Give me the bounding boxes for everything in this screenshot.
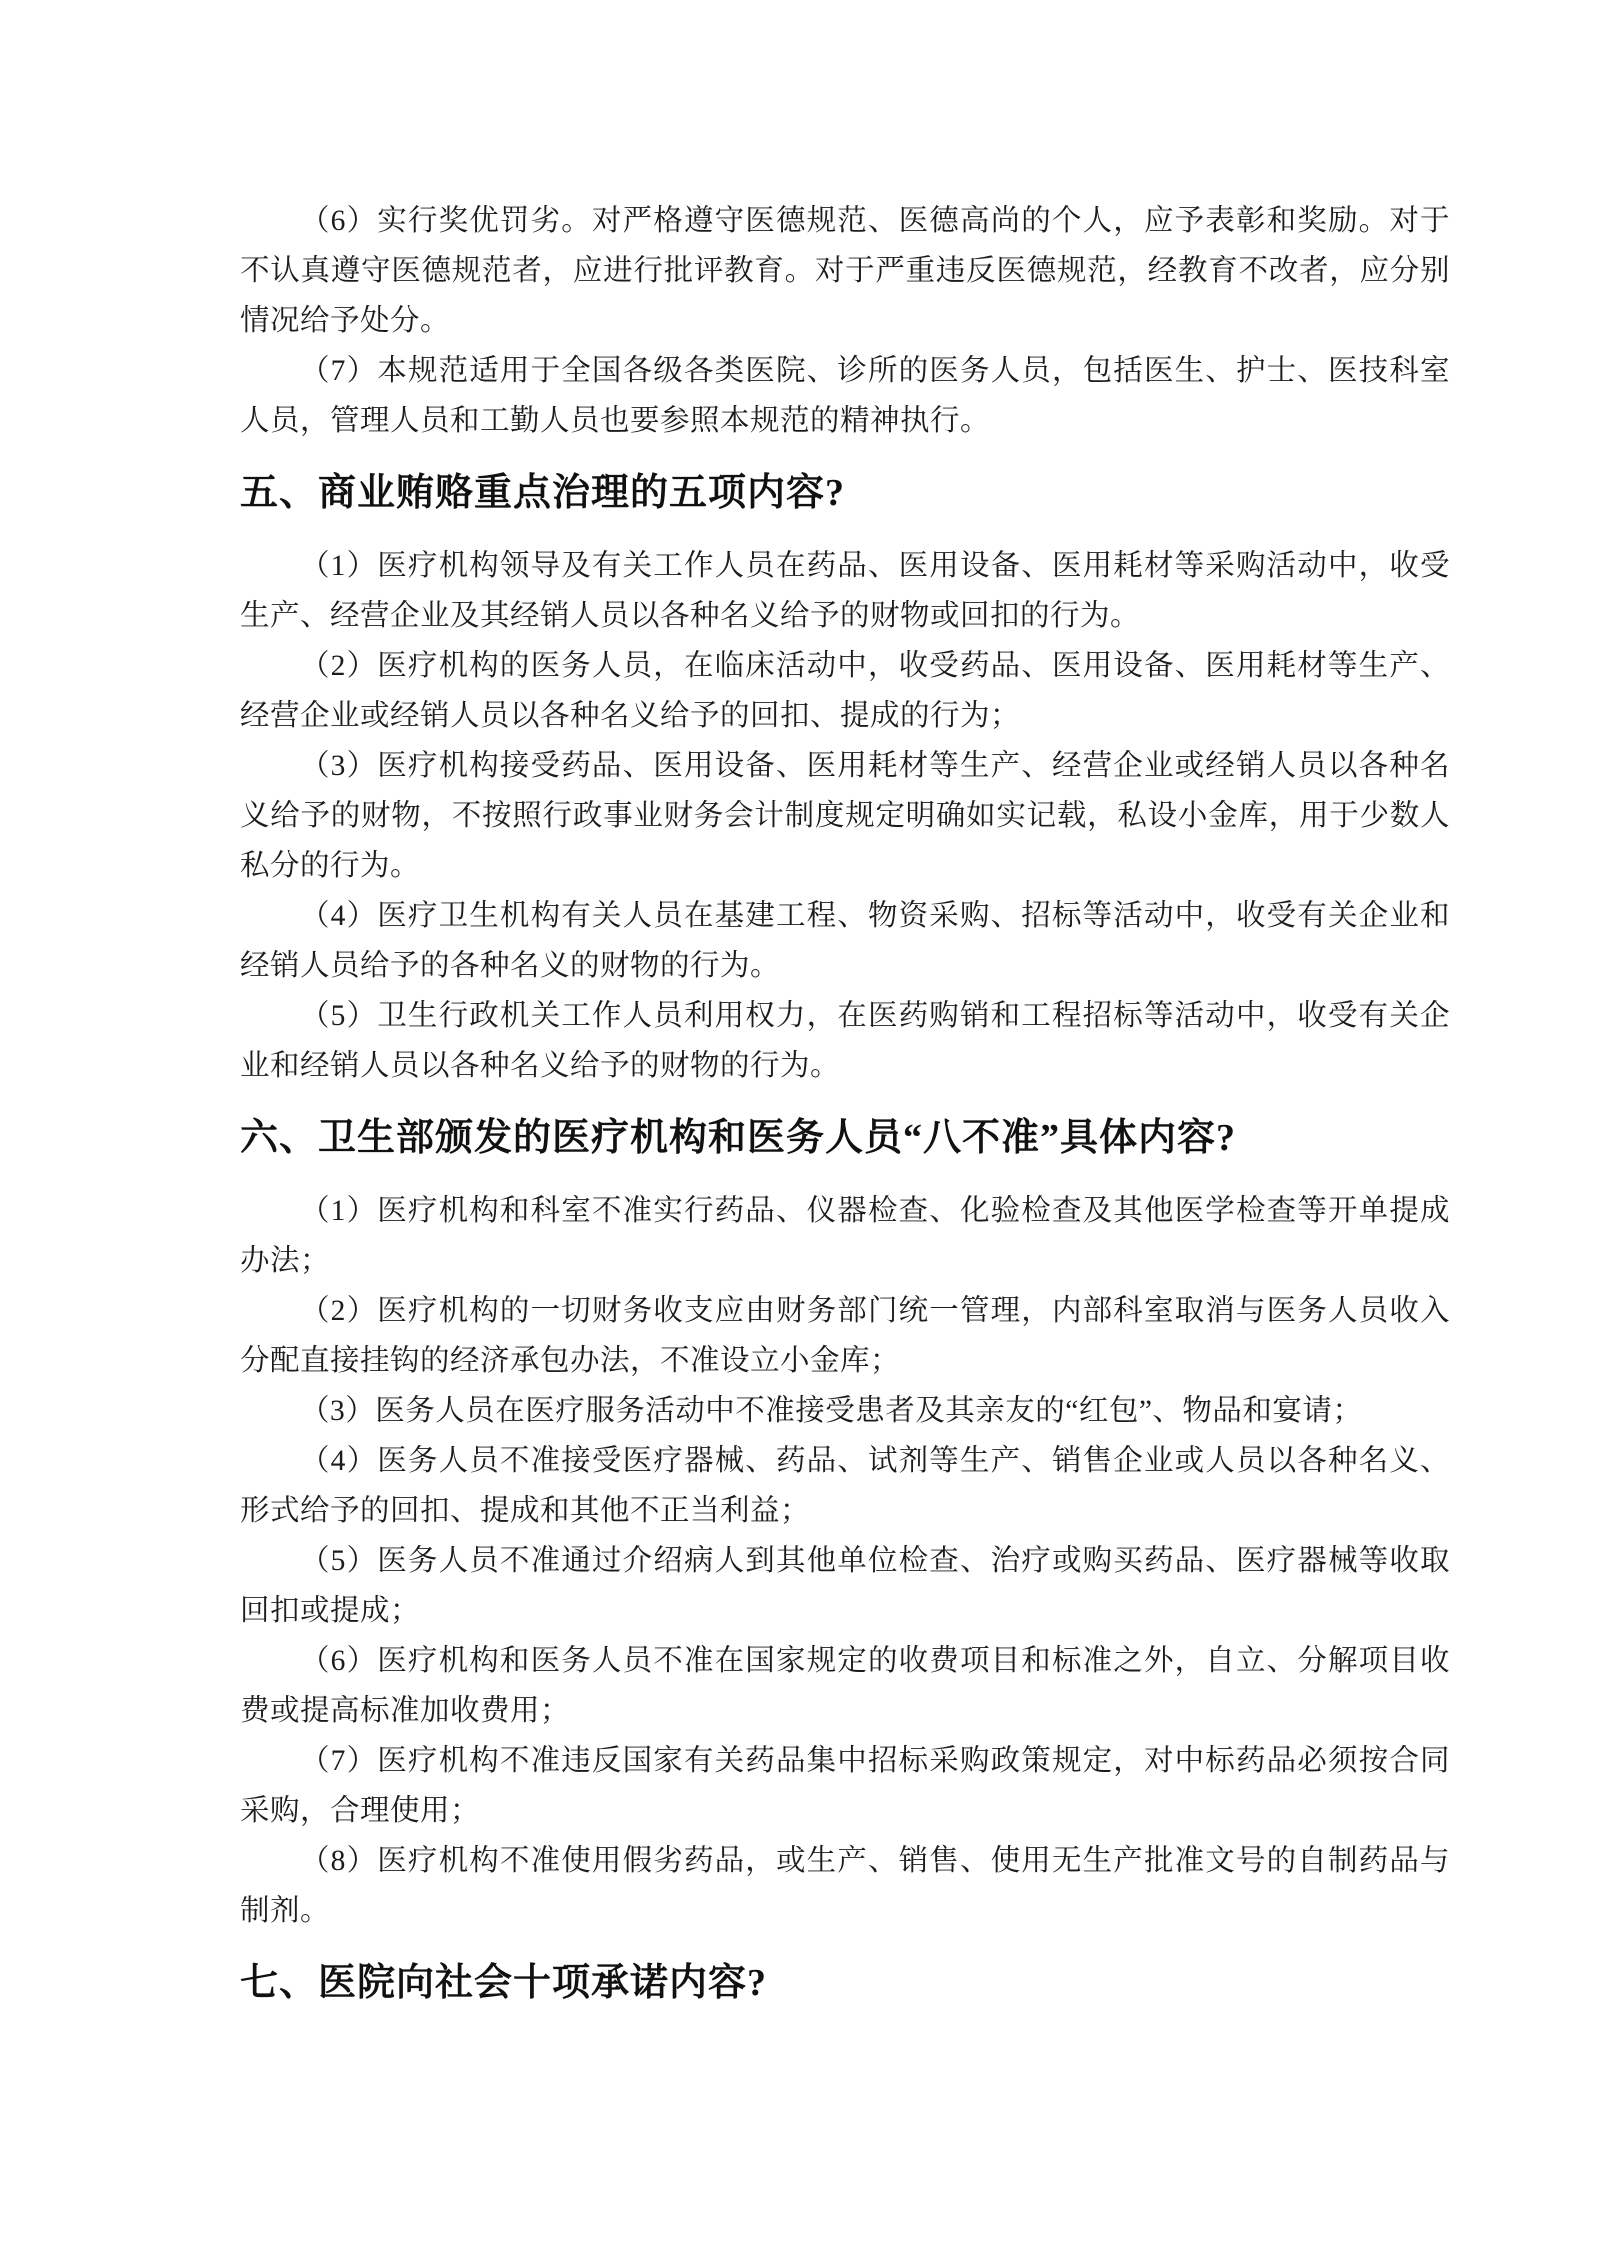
paragraph: （3）医务人员在医疗服务活动中不准接受患者及其亲友的“红包”、物品和宴请； <box>240 1386 1450 1436</box>
paragraph: （3）医疗机构接受药品、医用设备、医用耗材等生产、经营企业或经销人员以各种名义给… <box>240 741 1450 891</box>
section-heading-six: 六、卫生部颁发的医疗机构和医务人员“八不准”具体内容? <box>240 1107 1450 1169</box>
section-five-paragraphs: （1）医疗机构领导及有关工作人员在药品、医用设备、医用耗材等采购活动中，收受生产… <box>240 541 1450 1091</box>
section-heading-seven: 七、医院向社会十项承诺内容? <box>240 1952 1450 2014</box>
paragraph: （2）医疗机构的医务人员，在临床活动中，收受药品、医用设备、医用耗材等生产、经营… <box>240 641 1450 741</box>
document-content: （6）实行奖优罚劣。对严格遵守医德规范、医德高尚的个人，应予表彰和奖励。对于不认… <box>240 196 1450 2031</box>
paragraph: （7）医疗机构不准违反国家有关药品集中招标采购政策规定，对中标药品必须按合同采购… <box>240 1736 1450 1836</box>
paragraph: （8）医疗机构不准使用假劣药品，或生产、销售、使用无生产批准文号的自制药品与制剂… <box>240 1836 1450 1936</box>
paragraph: （7）本规范适用于全国各级各类医院、诊所的医务人员，包括医生、护士、医技科室人员… <box>240 346 1450 446</box>
paragraph: （5）卫生行政机关工作人员利用权力，在医药购销和工程招标等活动中，收受有关企业和… <box>240 991 1450 1091</box>
document-page: （6）实行奖优罚劣。对严格遵守医德规范、医德高尚的个人，应予表彰和奖励。对于不认… <box>0 0 1598 2246</box>
paragraph: （6）医疗机构和医务人员不准在国家规定的收费项目和标准之外，自立、分解项目收费或… <box>240 1636 1450 1736</box>
paragraph: （4）医务人员不准接受医疗器械、药品、试剂等生产、销售企业或人员以各种名义、形式… <box>240 1436 1450 1536</box>
paragraph: （1）医疗机构和科室不准实行药品、仪器检查、化验检查及其他医学检查等开单提成办法… <box>240 1186 1450 1286</box>
paragraph: （1）医疗机构领导及有关工作人员在药品、医用设备、医用耗材等采购活动中，收受生产… <box>240 541 1450 641</box>
section-six-paragraphs: （1）医疗机构和科室不准实行药品、仪器检查、化验检查及其他医学检查等开单提成办法… <box>240 1186 1450 1936</box>
paragraph: （4）医疗卫生机构有关人员在基建工程、物资采购、招标等活动中，收受有关企业和经销… <box>240 891 1450 991</box>
paragraph: （2）医疗机构的一切财务收支应由财务部门统一管理，内部科室取消与医务人员收入分配… <box>240 1286 1450 1386</box>
section-heading-five: 五、商业贿赂重点治理的五项内容? <box>240 462 1450 524</box>
intro-paragraphs: （6）实行奖优罚劣。对严格遵守医德规范、医德高尚的个人，应予表彰和奖励。对于不认… <box>240 196 1450 446</box>
paragraph: （5）医务人员不准通过介绍病人到其他单位检查、治疗或购买药品、医疗器械等收取回扣… <box>240 1536 1450 1636</box>
paragraph: （6）实行奖优罚劣。对严格遵守医德规范、医德高尚的个人，应予表彰和奖励。对于不认… <box>240 196 1450 346</box>
